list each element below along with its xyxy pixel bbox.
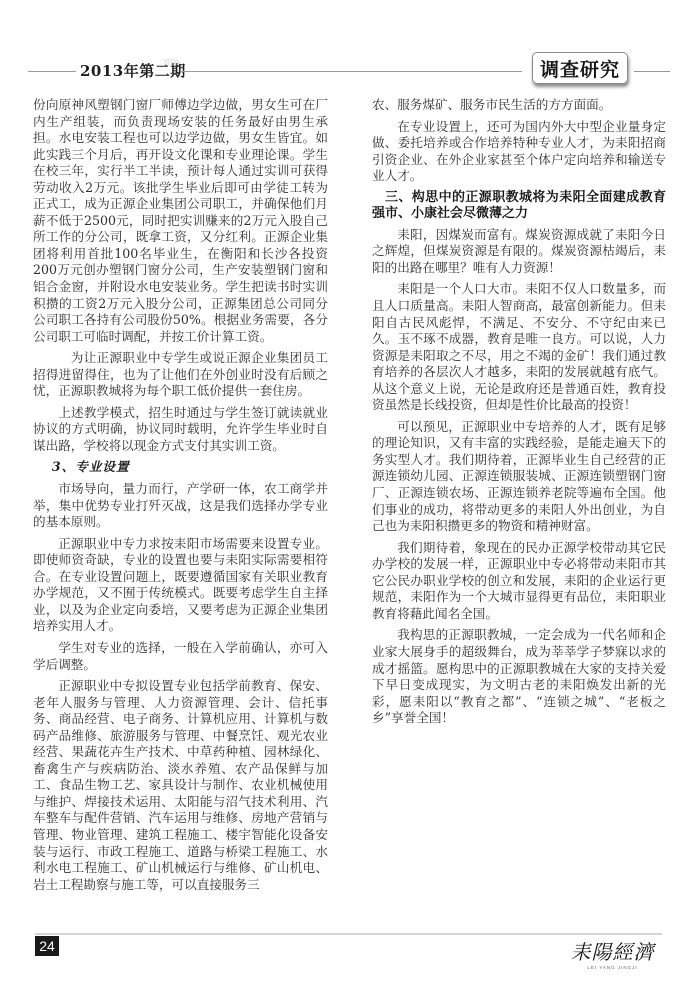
- paragraph: 市场导向，量力而行，产学研一体，农工商学并举，集中优势专业打歼灭战，这是我们选择…: [33, 481, 328, 531]
- left-column: 份向原神风塑钢门窗厂师傅边学边做，男女生可在厂内生产组装，而负责现场安装的任务最…: [33, 97, 328, 898]
- section-heading: 三、构思中的正源职教城将为耒阳全面建成教育强市、小康社会尽微薄之力: [372, 190, 666, 223]
- paragraph: 在专业设置上，还可为国内外大中型企业量身定做、委托培养或合作培养特种专业人才，为…: [372, 119, 666, 185]
- paragraph: 耒阳是一个人口大市。耒阳不仅人口数量多，而且人口质量高。耒阳人智商高，最富创新能…: [372, 281, 666, 413]
- paragraph: 学生对专业的选择，一般在入学前确认，亦可入学后调整。: [33, 640, 328, 673]
- paragraph: 我们期待着，象现在的民办正源学校带动其它民办学校的发展一样，正源职业中专必将带动…: [372, 540, 666, 623]
- footer-rule: [35, 933, 662, 935]
- magazine-pinyin: LEI YANG JINGJI: [570, 965, 655, 970]
- paragraph: 份向原神风塑钢门窗厂师傅边学边做，男女生可在厂内生产组装，而负责现场安装的任务最…: [33, 97, 328, 345]
- header-rule-left: [28, 71, 76, 72]
- header-rule-middle: [180, 71, 522, 72]
- magazine-name: 耒陽經濟: [570, 941, 655, 963]
- magazine-logo: 耒陽經濟 LEI YANG JINGJI: [570, 941, 655, 970]
- paragraph: 农、服务煤矿、服务市民生活的方方面面。: [372, 97, 666, 114]
- right-column: 农、服务煤矿、服务市民生活的方方面面。 在专业设置上，还可为国内外大中型企业量身…: [372, 97, 666, 732]
- paragraph: 正源职业中专力求按耒阳市场需要来设置专业。即使师资奇缺，专业的设置也要与耒阳实际…: [33, 536, 328, 635]
- chevron-right-icon: 》》》》》: [163, 57, 182, 68]
- page-header: 2013年第二期 》》》》》 调查研究: [0, 40, 700, 100]
- paragraph: 我构思的正源职教城，一定会成为一代名师和企业家大展身手的超级舞台，成为莘莘学子梦…: [372, 627, 666, 726]
- section-badge: 调查研究: [532, 52, 628, 84]
- paragraph: 为让正源职业中专学生或说正源企业集团员工招得进留得住，也为了让他们在外创业时没有…: [33, 350, 328, 400]
- header-rule-right: [634, 71, 670, 72]
- paragraph: 可以预见，正源职业中专培养的人才，既有足够的理论知识，又有丰富的实践经验，是能走…: [372, 419, 666, 535]
- paragraph: 正源职业中专拟设置专业包括学前教育、保安、老年人服务与管理、人力资源管理、会计、…: [33, 678, 328, 893]
- paragraph: 耒阳，因煤炭而富有。煤炭资源成就了耒阳今日之辉煌，但煤炭资源是有限的。煤炭资源枯…: [372, 227, 666, 277]
- subsection-heading: 3、专业设置: [33, 459, 328, 476]
- page-number: 24: [35, 936, 59, 956]
- paragraph: 上述教学模式，招生时通过与学生签订就读就业协议的方式明确，协议同时载明，允许学生…: [33, 405, 328, 455]
